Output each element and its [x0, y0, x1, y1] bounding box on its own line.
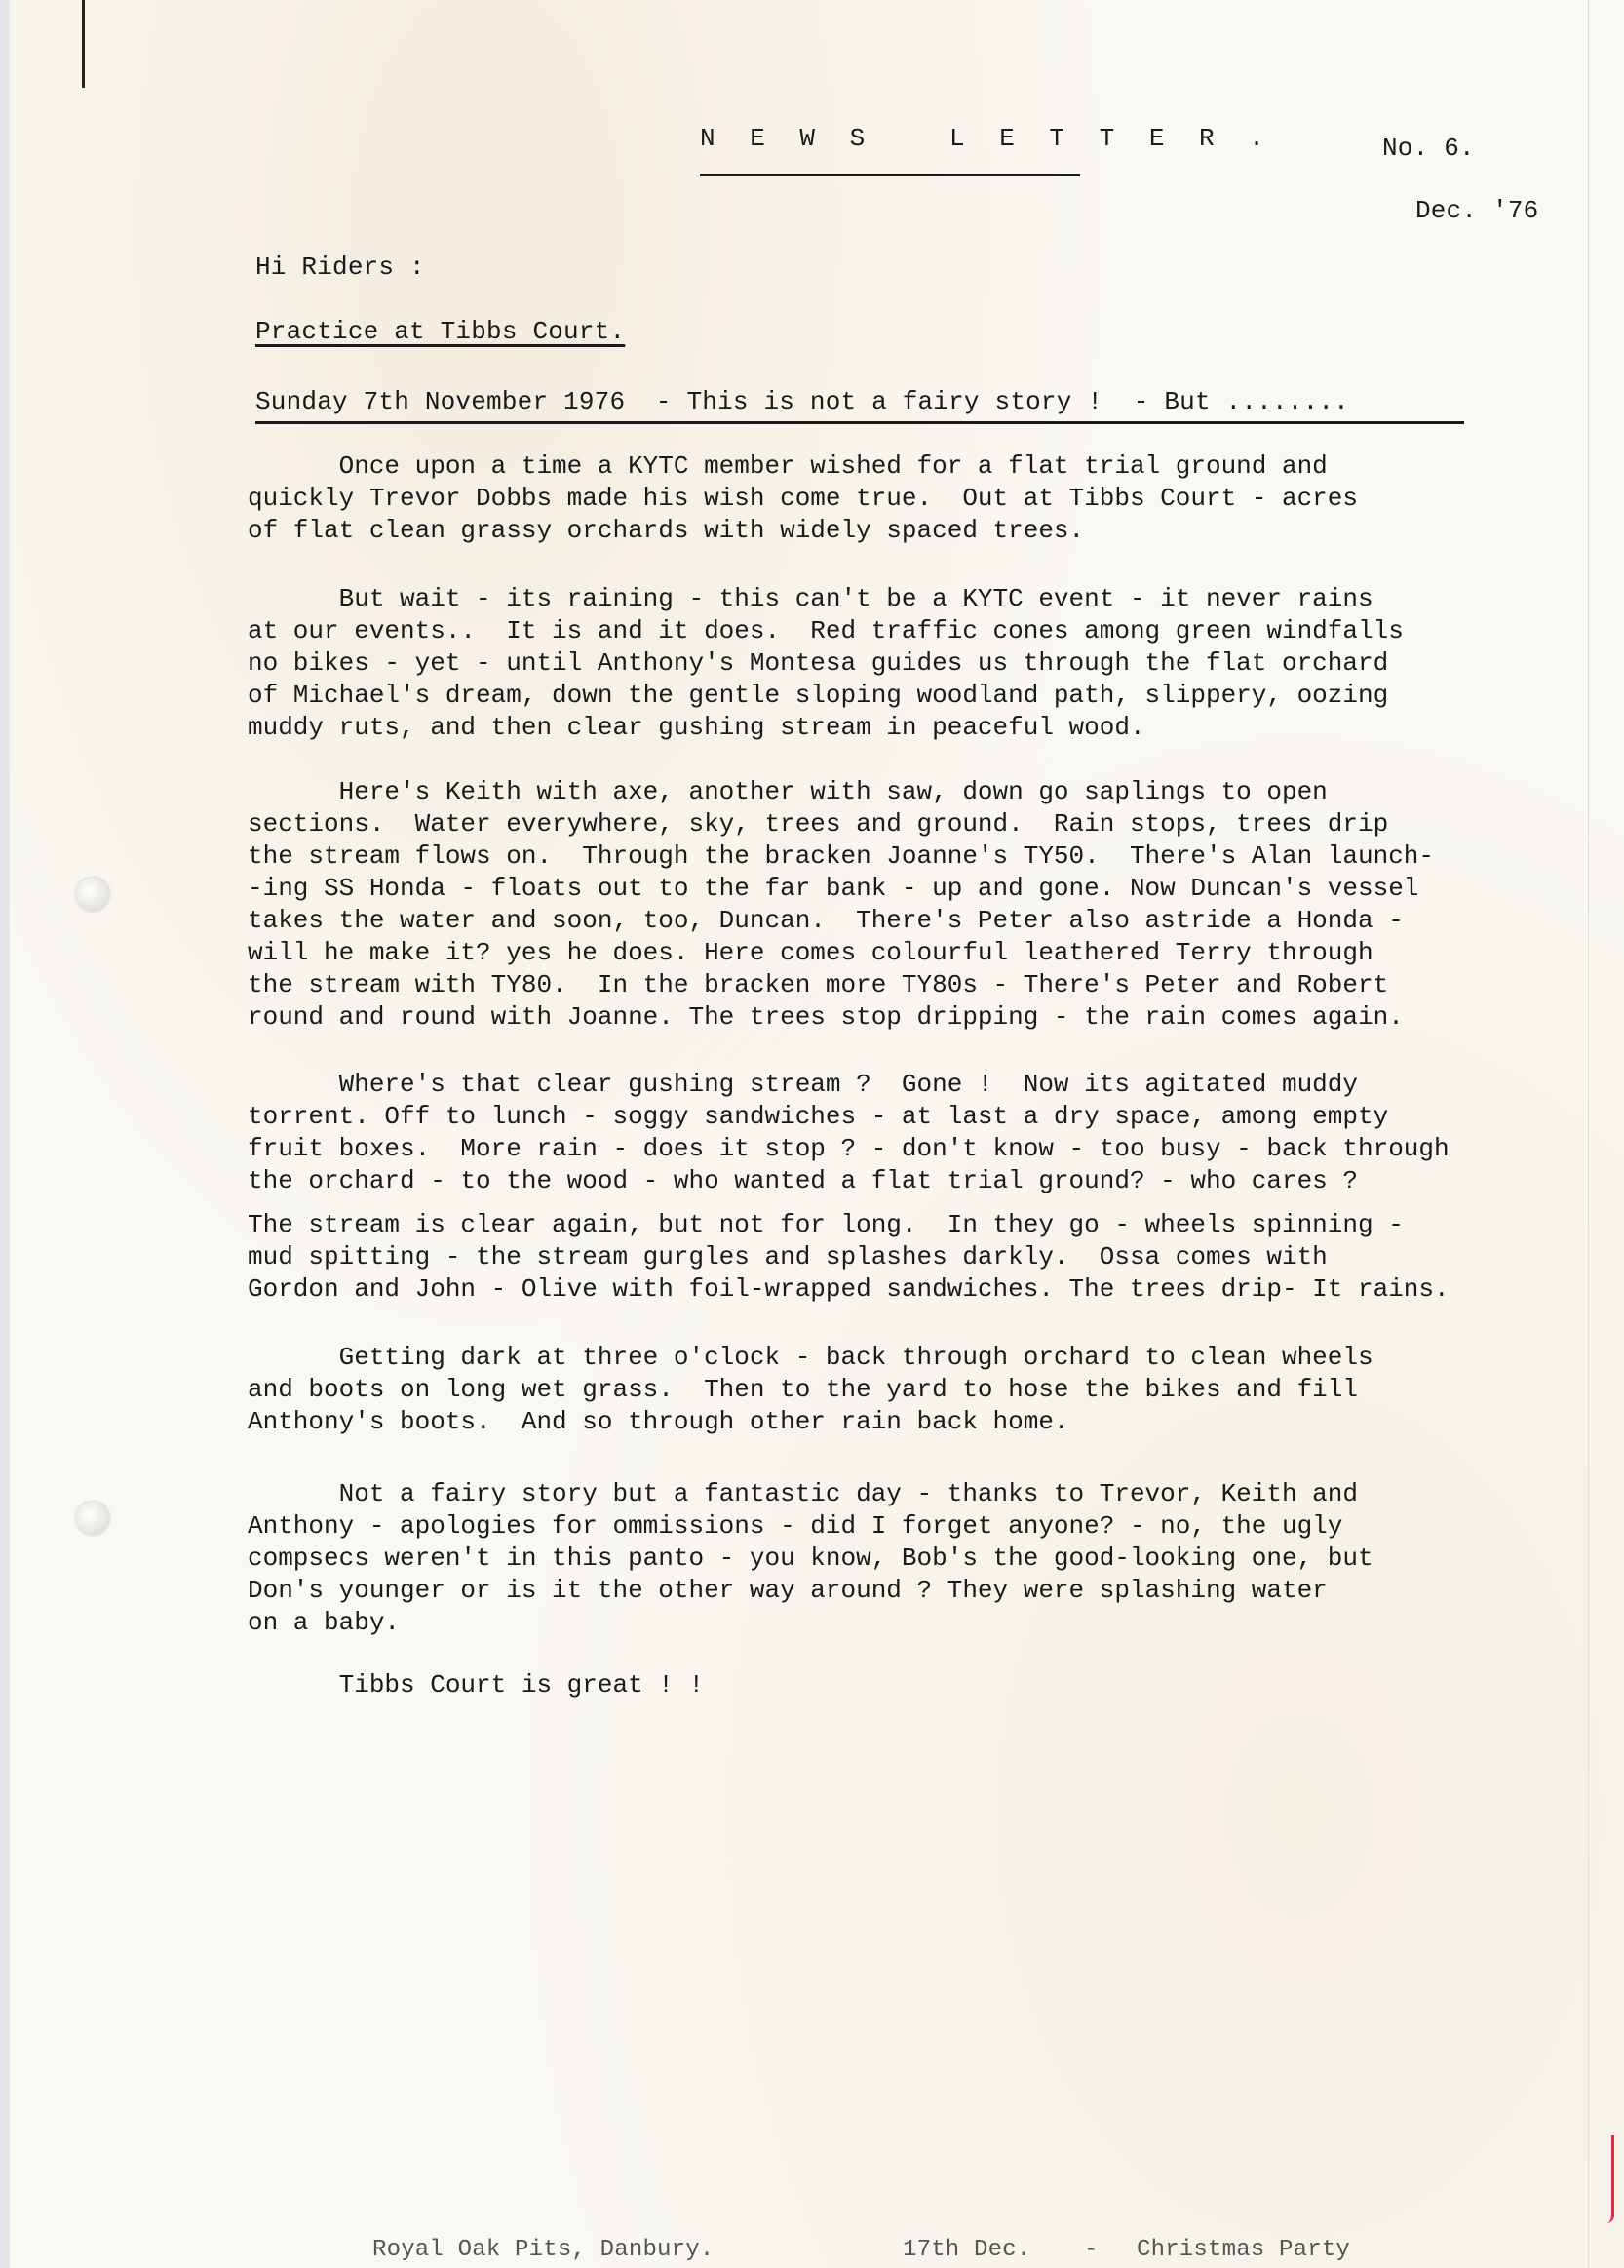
- footer-event: Christmas Party: [1137, 2235, 1350, 2266]
- binder-mark: [82, 0, 85, 88]
- paragraph-6: Getting dark at three o'clock - back thr…: [248, 1342, 1612, 1438]
- paragraph-1: Once upon a time a KYTC member wished fo…: [248, 450, 1612, 547]
- text-line: the orchard - to the wood - who wanted a…: [248, 1165, 1612, 1197]
- text-line: the stream with TY80. In the bracken mor…: [248, 969, 1612, 1001]
- text-line: -ing SS Honda - floats out to the far ba…: [248, 873, 1612, 905]
- text-line: will he make it? yes he does. Here comes…: [248, 937, 1612, 969]
- closing-line: Tibbs Court is great ! !: [248, 1669, 1612, 1701]
- punch-hole-icon: [76, 1502, 109, 1535]
- text-line: sections. Water everywhere, sky, trees a…: [248, 808, 1612, 841]
- paragraph-3: Here's Keith with axe, another with saw,…: [248, 776, 1612, 1034]
- paragraph-2: But wait - its raining - this can't be a…: [248, 583, 1612, 744]
- text-line: of Michael's dream, down the gentle slop…: [248, 680, 1612, 712]
- text-line: and boots on long wet grass. Then to the…: [248, 1374, 1612, 1406]
- text-line: the stream flows on. Through the bracken…: [248, 841, 1612, 873]
- greeting: Hi Riders :: [255, 252, 425, 283]
- footer-event-date: 17th Dec.: [903, 2235, 1030, 2266]
- paragraph-4: Where's that clear gushing stream ? Gone…: [248, 1069, 1612, 1197]
- text-line: Anthony's boots. And so through other ra…: [248, 1406, 1612, 1438]
- text-line: Here's Keith with axe, another with saw,…: [248, 776, 1612, 808]
- text-line: Not a fairy story but a fantastic day - …: [248, 1478, 1612, 1510]
- text-line: Once upon a time a KYTC member wished fo…: [248, 450, 1612, 483]
- paragraph-7: Not a fairy story but a fantastic day - …: [248, 1478, 1612, 1639]
- title-underline: [700, 174, 1080, 176]
- newsletter-page: N E W S L E T T E R . No. 6. Dec. '76 Hi…: [0, 0, 1624, 2268]
- article-subheading: Sunday 7th November 1976 - This is not a…: [255, 386, 1349, 417]
- text-line: The stream is clear again, but not for l…: [248, 1209, 1612, 1241]
- scan-edge: [0, 0, 10, 2268]
- text-line: round and round with Joanne. The trees s…: [248, 1001, 1612, 1034]
- text-line: torrent. Off to lunch - soggy sandwiches…: [248, 1101, 1612, 1133]
- text-line: compsecs weren't in this panto - you kno…: [248, 1543, 1612, 1575]
- text-line: on a baby.: [248, 1607, 1612, 1639]
- text-line: Where's that clear gushing stream ? Gone…: [248, 1069, 1612, 1101]
- footer-separator: -: [1084, 2235, 1099, 2266]
- text-line: Gordon and John - Olive with foil-wrappe…: [248, 1273, 1612, 1306]
- article-heading: Practice at Tibbs Court.: [255, 316, 625, 347]
- punch-hole-icon: [76, 878, 109, 911]
- text-line: takes the water and soon, too, Duncan. T…: [248, 905, 1612, 937]
- issue-date: Dec. '76: [1415, 195, 1538, 226]
- subheading-underline: [255, 421, 1464, 424]
- text-line: Anthony - apologies for ommissions - did…: [248, 1510, 1612, 1543]
- text-line: at our events.. It is and it does. Red t…: [248, 615, 1612, 647]
- text-line: quickly Trevor Dobbs made his wish come …: [248, 483, 1612, 515]
- red-pen-mark: [1605, 2135, 1614, 2223]
- footer-location: Royal Oak Pits, Danbury.: [372, 2235, 714, 2266]
- text-line: of flat clean grassy orchards with widel…: [248, 515, 1612, 547]
- issue-number: No. 6.: [1382, 133, 1475, 164]
- newsletter-title: N E W S L E T T E R .: [700, 123, 1274, 154]
- text-line: muddy ruts, and then clear gushing strea…: [248, 712, 1612, 744]
- text-line: fruit boxes. More rain - does it stop ? …: [248, 1133, 1612, 1165]
- text-line: Tibbs Court is great ! !: [248, 1669, 1612, 1701]
- text-line: no bikes - yet - until Anthony's Montesa…: [248, 647, 1612, 680]
- text-line: Don's younger or is it the other way aro…: [248, 1575, 1612, 1607]
- paragraph-5: The stream is clear again, but not for l…: [248, 1209, 1612, 1306]
- text-line: But wait - its raining - this can't be a…: [248, 583, 1612, 615]
- text-line: mud spitting - the stream gurgles and sp…: [248, 1241, 1612, 1273]
- text-line: Getting dark at three o'clock - back thr…: [248, 1342, 1612, 1374]
